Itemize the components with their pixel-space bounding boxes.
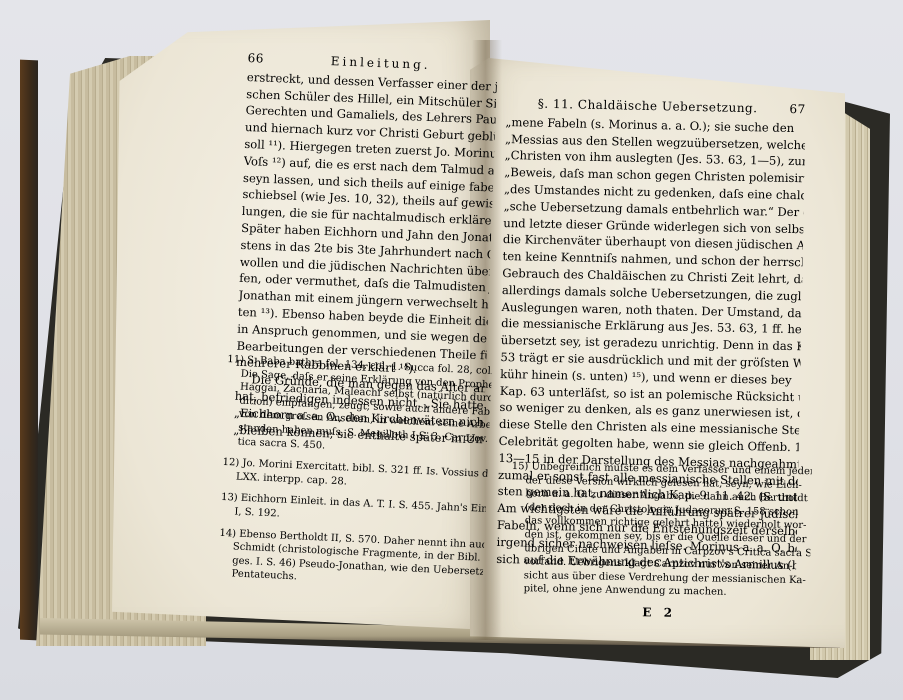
book-photo: 66 Einleitung. erstreckt, und dessen Ver…: [0, 0, 903, 700]
footnote: 12) Jo. Morini Exercitatt. bibl. S. 321 …: [222, 456, 488, 495]
left-body-paragraph: erstreckt, und dessen Verfasser einer de…: [236, 69, 497, 381]
right-footnotes: 15) Unbegreiflich muſste es dem Verfasse…: [509, 460, 811, 601]
footnote: 15) Unbegreiflich muſste es dem Verfasse…: [509, 460, 811, 601]
running-head-title: Einleitung.: [330, 53, 430, 74]
page-number-left: 66: [247, 50, 264, 67]
right-footnotes-block: 15) Unbegreiflich muſste es dem Verfasse…: [509, 452, 812, 623]
footnote: 11) S. Baba bathra fol. 134, col. 1. Suc…: [223, 353, 492, 460]
footnote: 13) Eichhorn Einleit. in das A. T. I. S.…: [220, 491, 486, 530]
left-footnotes: 11) S. Baba bathra fol. 134, col. 1. Suc…: [217, 345, 492, 593]
page-number-right: 67: [789, 101, 806, 118]
running-head-section: §. 11. Chaldäische Uebersetzung.: [538, 96, 758, 117]
book-spine-edge: [20, 60, 38, 641]
